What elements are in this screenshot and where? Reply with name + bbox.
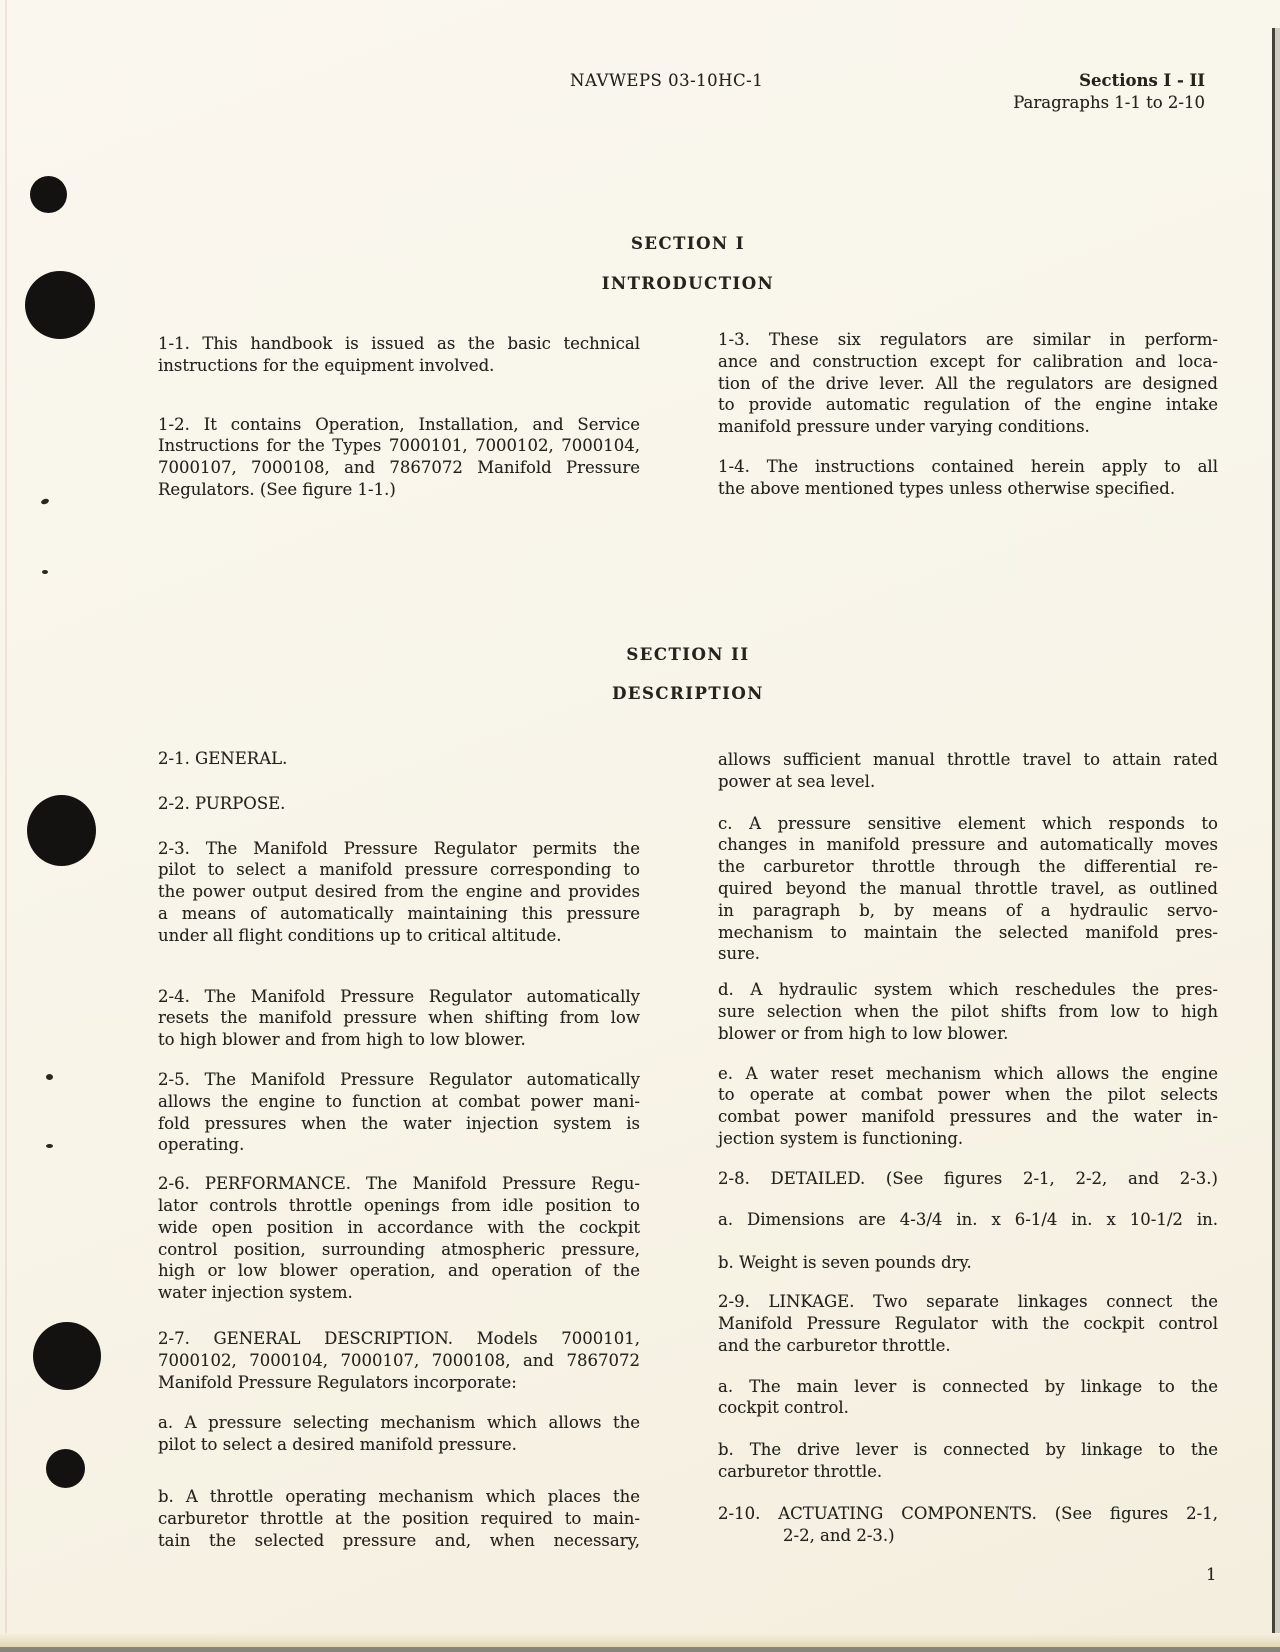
- paragraph-2-2: 2-2. PURPOSE.: [158, 793, 640, 815]
- paragraph-1-3: 1-3. These six regulators are similar in…: [718, 329, 1218, 438]
- paragraph-2-7a: a. A pressure selecting mechanism which …: [158, 1412, 640, 1456]
- scan-crease-line: [5, 0, 7, 1652]
- paragraph-1-1: 1-1. This handbook is issued as the basi…: [158, 333, 640, 377]
- page-edge-line: [1272, 28, 1275, 1652]
- paragraph-2-7: 2-7. GENERAL DESCRIPTION. Models 7000101…: [158, 1328, 640, 1393]
- scan-bottom-shadow: [0, 1647, 1280, 1652]
- doc-number: NAVWEPS 03-10HC-1: [570, 70, 763, 92]
- section-1-title: SECTION I: [158, 233, 1218, 255]
- ink-speck: [42, 570, 48, 574]
- paragraph-2-6: 2-6. PERFORMANCE. The Manifold Pressure …: [158, 1173, 640, 1304]
- ink-speck: [46, 1144, 53, 1148]
- section-2-title: SECTION II: [158, 644, 1218, 666]
- paragraph-2-8b: b. Weight is seven pounds dry.: [718, 1252, 1218, 1274]
- paragraph-2-9a: a. The main lever is connected by linkag…: [718, 1376, 1218, 1420]
- header-sections-ref: Sections I - II: [1013, 70, 1205, 92]
- section-2-subtitle: DESCRIPTION: [158, 683, 1218, 705]
- paragraph-2-8a: a. Dimensions are 4-3/4 in. x 6-1/4 in. …: [718, 1209, 1218, 1231]
- section-1-left-column: 1-1. This handbook is issued as the basi…: [158, 333, 640, 501]
- section-1-subtitle: INTRODUCTION: [158, 273, 1218, 295]
- page-bottom-edge: [0, 1633, 1280, 1647]
- paragraph-2-7b: b. A throttle operating mechanism which …: [158, 1486, 640, 1551]
- paragraph-2-4: 2-4. The Manifold Pressure Regulator aut…: [158, 986, 640, 1051]
- hole-punch-dot: [27, 795, 96, 866]
- section-1-right-column: 1-3. These six regulators are similar in…: [718, 329, 1218, 500]
- document-page: NAVWEPS 03-10HC-1 Sections I - II Paragr…: [0, 0, 1280, 1652]
- paragraph-2-7e: e. A water reset mechanism which allows …: [718, 1063, 1218, 1150]
- paragraph-1-2: 1-2. It contains Operation, Installation…: [158, 414, 640, 501]
- paragraph-1-4: 1-4. The instructions contained herein a…: [718, 456, 1218, 500]
- paragraph-2-8: 2-8. DETAILED. (See figures 2-1, 2-2, an…: [718, 1168, 1218, 1190]
- hole-punch-dot: [33, 1322, 101, 1390]
- hole-punch-dot: [30, 176, 67, 213]
- section-2-right-column: allows sufficient manual throttle travel…: [718, 749, 1218, 1546]
- paragraph-2-7c: c. A pressure sensitive element which re…: [718, 813, 1218, 966]
- section-2-left-column: 2-1. GENERAL. 2-2. PURPOSE. 2-3. The Man…: [158, 748, 640, 1551]
- header-paragraphs-ref: Paragraphs 1-1 to 2-10: [1013, 92, 1205, 114]
- paragraph-2-5: 2-5. The Manifold Pressure Regulator aut…: [158, 1069, 640, 1156]
- paragraph-2-10: 2-10. ACTUATING COMPONENTS. (See figures…: [718, 1503, 1218, 1547]
- paragraph-2-7b-continued: allows sufficient manual throttle travel…: [718, 749, 1218, 793]
- paragraph-2-7d: d. A hydraulic system which reschedules …: [718, 979, 1218, 1044]
- hole-punch-dot: [25, 271, 95, 339]
- page-number: 1: [1206, 1564, 1217, 1586]
- ink-speck: [46, 1074, 53, 1080]
- page-edge-strip: [1275, 28, 1280, 1652]
- header-reference-block: Sections I - II Paragraphs 1-1 to 2-10: [1013, 70, 1205, 114]
- paragraph-2-9b: b. The drive lever is connected by linka…: [718, 1439, 1218, 1483]
- ink-speck: [40, 498, 49, 505]
- paragraph-2-3: 2-3. The Manifold Pressure Regulator per…: [158, 838, 640, 947]
- hole-punch-dot: [46, 1449, 85, 1488]
- paragraph-2-9: 2-9. LINKAGE. Two separate linkages conn…: [718, 1291, 1218, 1356]
- paragraph-2-1: 2-1. GENERAL.: [158, 748, 640, 770]
